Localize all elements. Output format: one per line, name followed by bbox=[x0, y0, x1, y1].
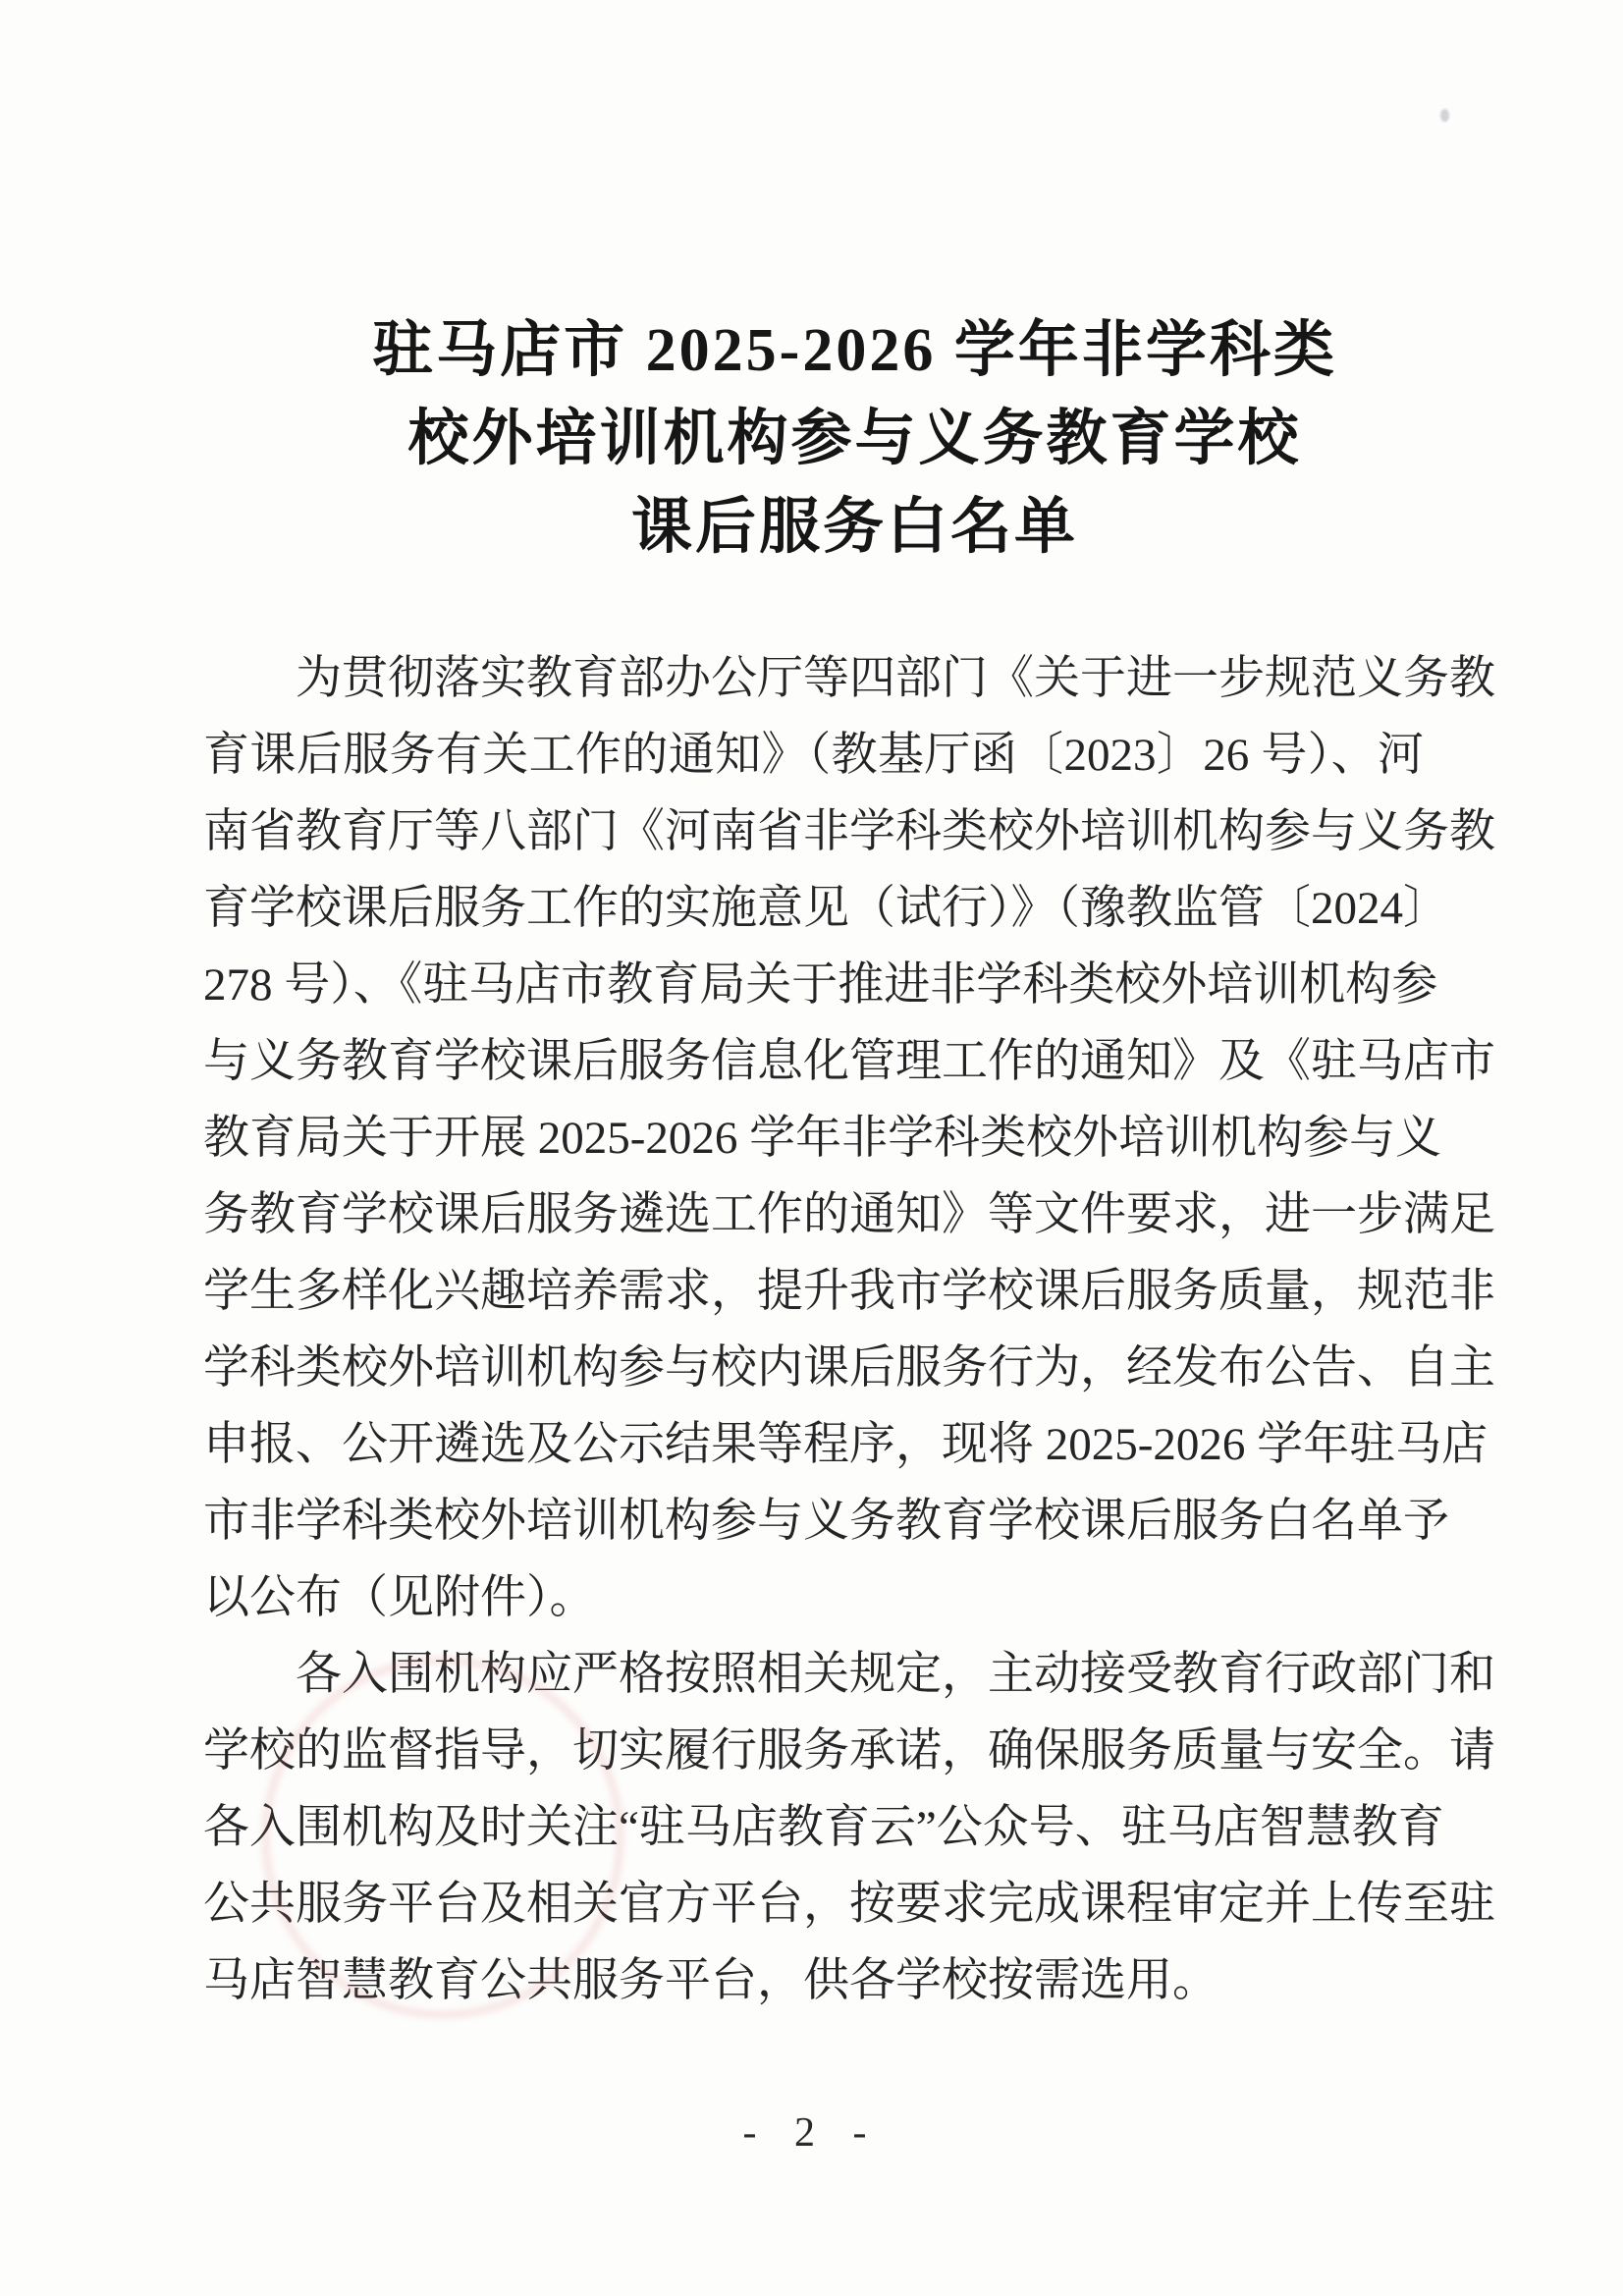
body-line: 学生多样化兴趣培养需求，提升我市学校课后服务质量，规范非 bbox=[203, 1253, 1424, 1330]
body-line: 育学校课后服务工作的实施意见（试行）》（豫教监管〔2024〕 bbox=[203, 870, 1424, 947]
document-body: 为贯彻落实教育部办公厅等四部门《关于进一步规范义务教育课后服务有关工作的通知》（… bbox=[203, 640, 1424, 2019]
body-line: 务教育学校课后服务遴选工作的通知》等文件要求，进一步满足 bbox=[203, 1176, 1424, 1253]
title-line: 课后服务白名单 bbox=[43, 483, 1623, 572]
body-line: 公共服务平台及相关官方平台，按要求完成课程审定并上传至驻 bbox=[203, 1866, 1424, 1942]
scan-artifact-dot bbox=[1440, 109, 1449, 122]
body-line: 与义务教育学校课后服务信息化管理工作的通知》及《驻马店市 bbox=[203, 1023, 1424, 1100]
body-line: 以公布（见附件）。 bbox=[203, 1559, 1424, 1636]
document-title: 驻马店市 2025-2026 学年非学科类 校外培训机构参与义务教育学校 课后服… bbox=[43, 306, 1623, 572]
body-line: 学科类校外培训机构参与校内课后服务行为，经发布公告、自主 bbox=[203, 1330, 1424, 1406]
body-line: 为贯彻落实教育部办公厅等四部门《关于进一步规范义务教 bbox=[203, 640, 1424, 717]
body-line: 各入围机构及时关注“驻马店教育云”公众号、驻马店智慧教育 bbox=[203, 1789, 1424, 1866]
body-line: 马店智慧教育公共服务平台，供各学校按需选用。 bbox=[203, 1942, 1424, 2019]
body-line: 教育局关于开展 2025-2026 学年非学科类校外培训机构参与义 bbox=[203, 1100, 1424, 1176]
body-line: 278 号）、《驻马店市教育局关于推进非学科类校外培训机构参 bbox=[203, 947, 1424, 1023]
body-line: 育课后服务有关工作的通知》（教基厅函〔2023〕26 号）、河 bbox=[203, 717, 1424, 793]
body-line: 申报、公开遴选及公示结果等程序，现将 2025-2026 学年驻马店 bbox=[203, 1406, 1424, 1483]
body-line: 市非学科类校外培训机构参与义务教育学校课后服务白名单予 bbox=[203, 1483, 1424, 1559]
document-page: 驻马店市 2025-2026 学年非学科类 校外培训机构参与义务教育学校 课后服… bbox=[0, 0, 1623, 2296]
body-line: 各入围机构应严格按照相关规定，主动接受教育行政部门和 bbox=[203, 1636, 1424, 1713]
title-line: 校外培训机构参与义务教育学校 bbox=[43, 395, 1623, 483]
body-line: 学校的监督指导，切实履行服务承诺，确保服务质量与安全。请 bbox=[203, 1713, 1424, 1789]
body-line: 南省教育厅等八部门《河南省非学科类校外培训机构参与义务教 bbox=[203, 793, 1424, 870]
page-number: - 2 - bbox=[0, 2109, 1623, 2157]
title-line: 驻马店市 2025-2026 学年非学科类 bbox=[43, 306, 1623, 395]
